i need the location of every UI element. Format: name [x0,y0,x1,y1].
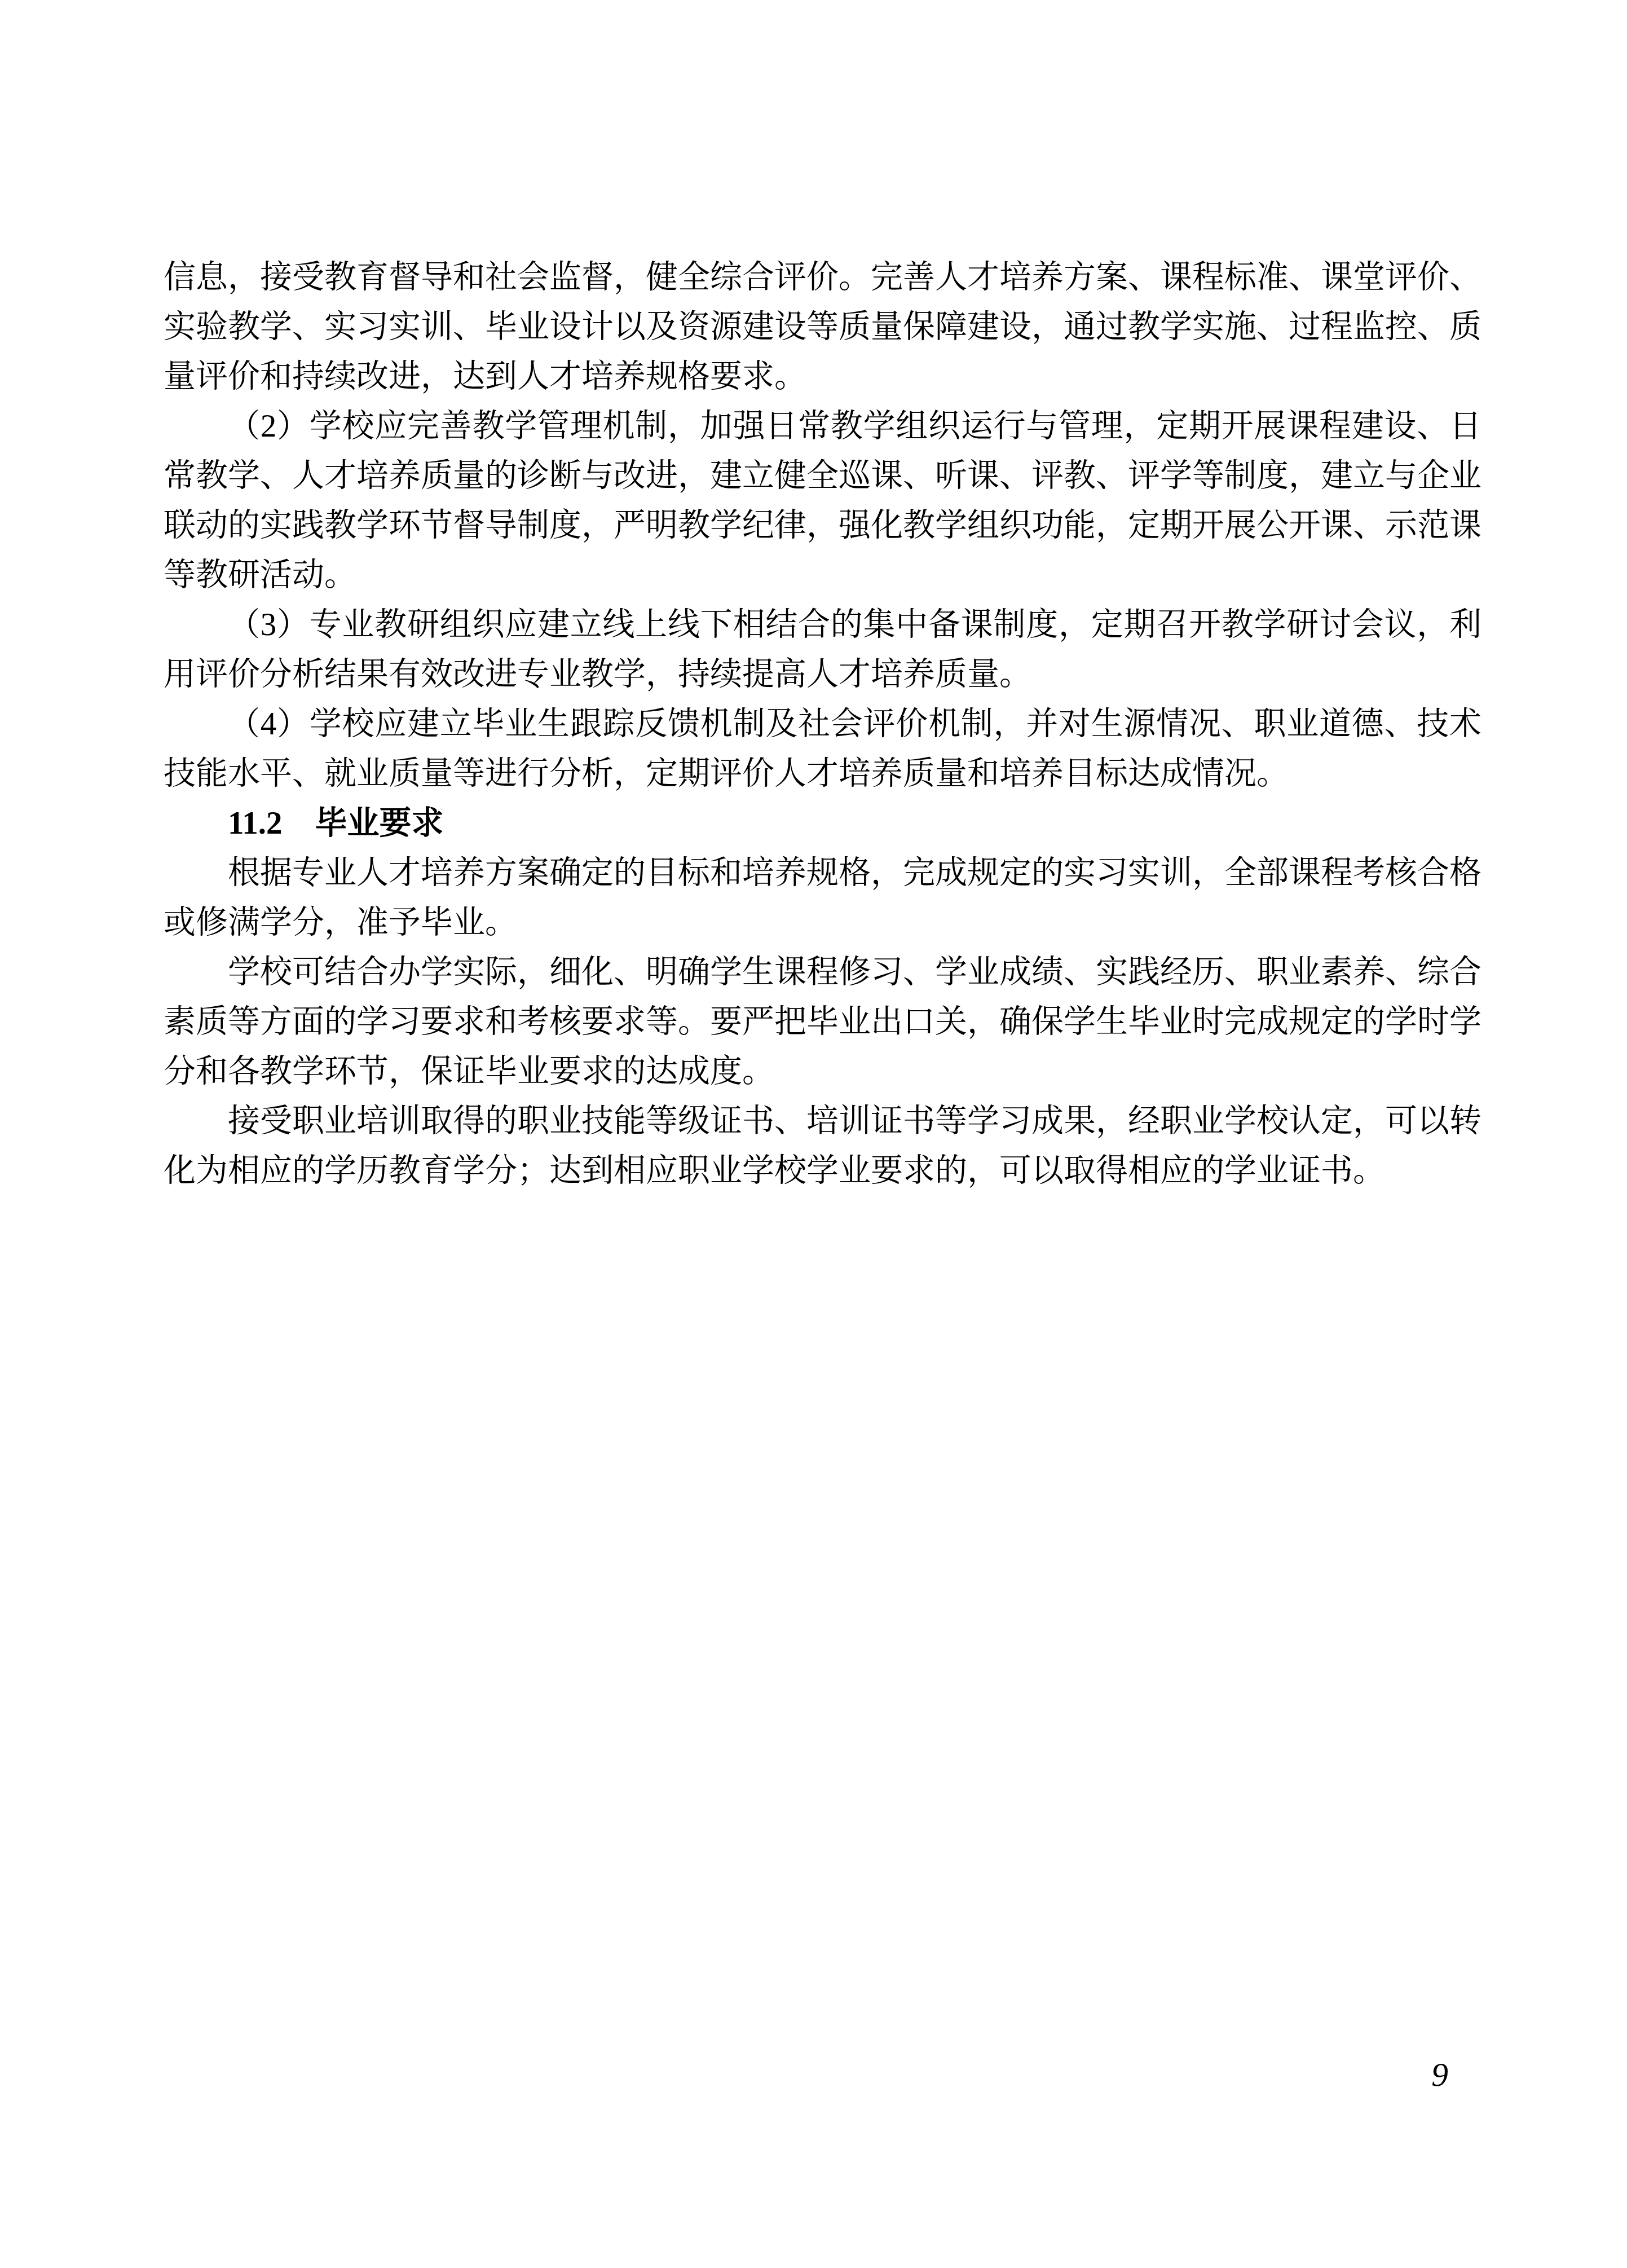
document-text: 信息，接受教育督导和社会监督，健全综合评价。完善人才培养方案、课程标准、课堂评价… [164,253,1482,1196]
paragraph-graduation-3: 接受职业培训取得的职业技能等级证书、培训证书等学习成果，经职业学校认定，可以转化… [164,1096,1482,1196]
paragraph-continuation: 信息，接受教育督导和社会监督，健全综合评价。完善人才培养方案、课程标准、课堂评价… [164,253,1482,402]
section-heading: 11.2毕业要求 [164,799,1482,848]
paragraph-item-3: （3）专业教研组织应建立线上线下相结合的集中备课制度，定期召开教学研讨会议，利用… [164,600,1482,699]
paragraph-item-4: （4）学校应建立毕业生跟踪反馈机制及社会评价机制，并对生源情况、职业道德、技术技… [164,699,1482,799]
document-page: 信息，接受教育督导和社会监督，健全综合评价。完善人才培养方案、课程标准、课堂评价… [0,0,1627,2268]
page-number: 9 [1431,2058,1448,2091]
paragraph-graduation-1: 根据专业人才培养方案确定的目标和培养规格，完成规定的实习实训，全部课程考核合格或… [164,848,1482,948]
section-heading-title: 毕业要求 [315,805,444,841]
paragraph-graduation-2: 学校可结合办学实际，细化、明确学生课程修习、学业成绩、实践经历、职业素养、综合素… [164,948,1482,1096]
paragraph-item-2: （2）学校应完善教学管理机制，加强日常教学组织运行与管理，定期开展课程建设、日常… [164,402,1482,600]
section-heading-number: 11.2 [228,805,283,841]
